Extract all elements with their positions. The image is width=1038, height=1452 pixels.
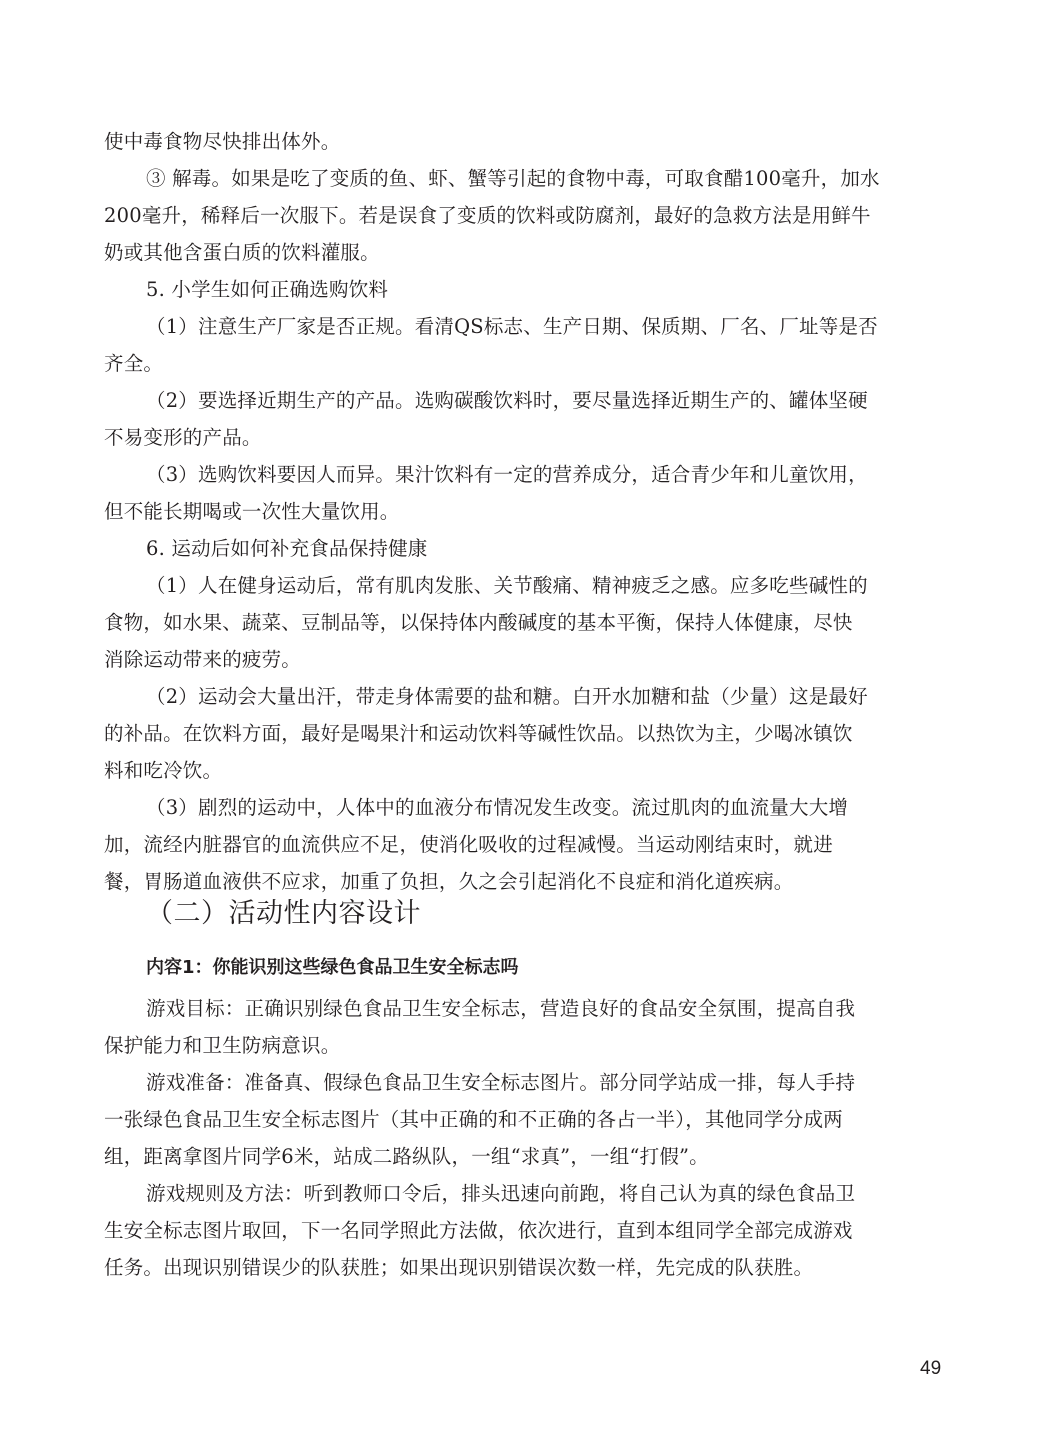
section-heading: （二）活动性内容设计	[146, 898, 421, 930]
text-line: 5. 小学生如何正确选购饮料	[146, 278, 966, 302]
text-line: （3）选购饮料要因人而异。果汁饮料有一定的营养成分，适合青少年和儿童饮用，	[146, 463, 966, 487]
text-line: 食物，如水果、蔬菜、豆制品等，以保持体内酸碱度的基本平衡，保持人体健康，尽快	[104, 611, 924, 635]
subheading: 内容1：你能识别这些绿色食品卫生安全标志吗	[146, 956, 519, 980]
text-line: 加，流经内脏器官的血流供应不足，使消化吸收的过程减慢。当运动刚结束时，就进	[104, 833, 924, 857]
text-line: （3）剧烈的运动中，人体中的血液分布情况发生改变。流过肌肉的血流量大大增	[146, 796, 966, 820]
text-line: 生安全标志图片取回，下一名同学照此方法做，依次进行，直到本组同学全部完成游戏	[104, 1219, 924, 1243]
text-line: 6. 运动后如何补充食品保持健康	[146, 537, 966, 561]
text-line: （2）运动会大量出汗，带走身体需要的盐和糖。白开水加糖和盐（少量）这是最好	[146, 685, 966, 709]
text-line: 不易变形的产品。	[104, 426, 924, 450]
text-line: （1）注意生产厂家是否正规。看清QS标志、生产日期、保质期、厂名、厂址等是否	[146, 315, 966, 339]
text-line: 使中毒食物尽快排出体外。	[104, 130, 924, 154]
text-line: 200毫升，稀释后一次服下。若是误食了变质的饮料或防腐剂，最好的急救方法是用鲜牛	[104, 204, 924, 228]
document-page: 使中毒食物尽快排出体外。③ 解毒。如果是吃了变质的鱼、虾、蟹等引起的食物中毒，可…	[0, 0, 1038, 1452]
text-line: 但不能长期喝或一次性大量饮用。	[104, 500, 924, 524]
text-line: 消除运动带来的疲劳。	[104, 648, 924, 672]
text-line: ③ 解毒。如果是吃了变质的鱼、虾、蟹等引起的食物中毒，可取食醋100毫升，加水	[146, 167, 966, 191]
text-line: 奶或其他含蛋白质的饮料灌服。	[104, 241, 924, 265]
text-line: 一张绿色食品卫生安全标志图片（其中正确的和不正确的各占一半），其他同学分成两	[104, 1108, 924, 1132]
page-number: 49	[920, 1358, 941, 1380]
text-line: （1）人在健身运动后，常有肌肉发胀、关节酸痛、精神疲乏之感。应多吃些碱性的	[146, 574, 966, 598]
text-line: （2）要选择近期生产的产品。选购碳酸饮料时，要尽量选择近期生产的、罐体坚硬	[146, 389, 966, 413]
text-line: 餐，胃肠道血液供不应求，加重了负担，久之会引起消化不良症和消化道疾病。	[104, 870, 924, 894]
text-line: 游戏规则及方法：听到教师口令后，排头迅速向前跑，将自己认为真的绿色食品卫	[146, 1182, 966, 1206]
text-line: 的补品。在饮料方面，最好是喝果汁和运动饮料等碱性饮品。以热饮为主，少喝冰镇饮	[104, 722, 924, 746]
text-line: 齐全。	[104, 352, 924, 376]
text-line: 任务。出现识别错误少的队获胜；如果出现识别错误次数一样，先完成的队获胜。	[104, 1256, 924, 1280]
text-line: 保护能力和卫生防病意识。	[104, 1034, 924, 1058]
text-line: 组，距离拿图片同学6米，站成二路纵队，一组“求真”，一组“打假”。	[104, 1145, 924, 1169]
text-line: 游戏目标：正确识别绿色食品卫生安全标志，营造良好的食品安全氛围，提高自我	[146, 997, 966, 1021]
text-line: 游戏准备：准备真、假绿色食品卫生安全标志图片。部分同学站成一排，每人手持	[146, 1071, 966, 1095]
text-line: 料和吃冷饮。	[104, 759, 924, 783]
